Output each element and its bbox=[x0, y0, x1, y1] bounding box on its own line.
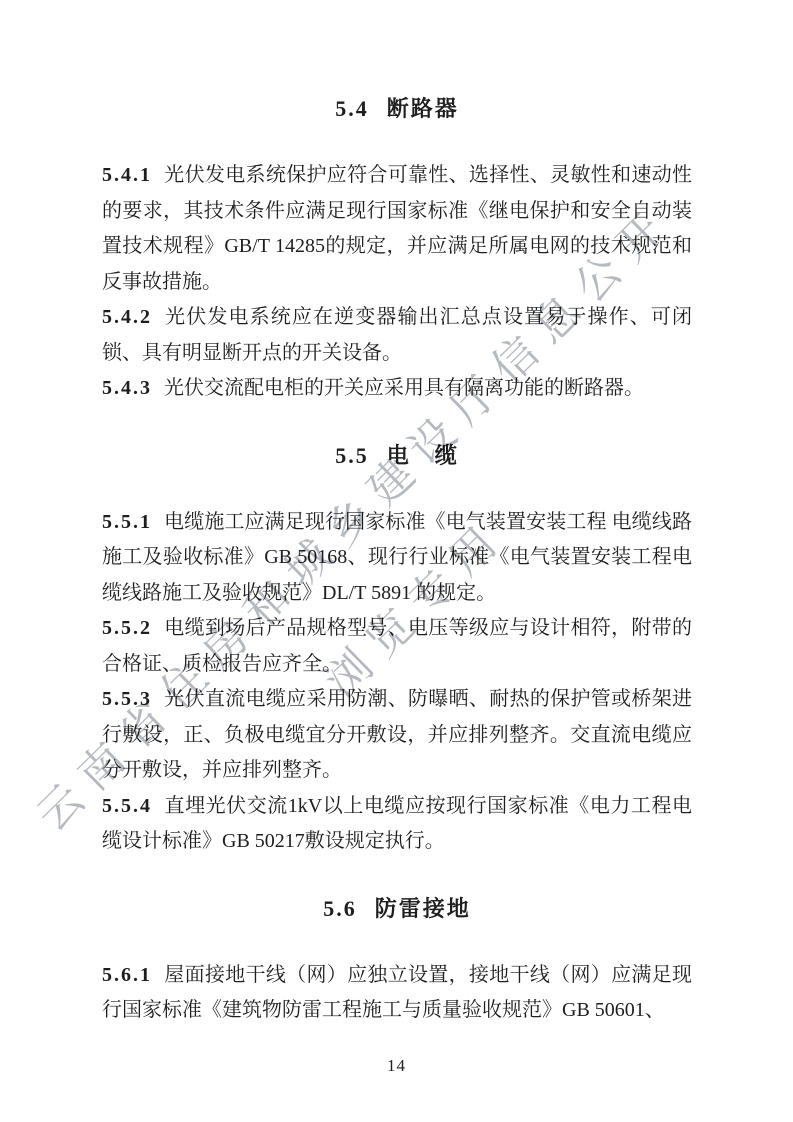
clause-5-4-2-number: 5.4.2 bbox=[102, 306, 152, 328]
clause-5-5-4-number: 5.5.4 bbox=[102, 795, 152, 817]
clause-5-4-2-text: 光伏发电系统应在逆变器输出汇总点设置易于操作、可闭锁、具有明显断开点的开关设备。 bbox=[102, 306, 692, 364]
clause-5-4-1-text: 光伏发电系统保护应符合可靠性、选择性、灵敏性和速动性的要求，其技术条件应满足现行… bbox=[102, 164, 692, 293]
clause-5-5-2-text: 电缆到场后产品规格型号、电压等级应与设计相符，附带的合格证、质检报告应齐全。 bbox=[102, 617, 692, 675]
document-page: 云南省住房和城乡建设厅信息公开 浏览专用 5.4断路器 5.4.1光伏发电系统保… bbox=[0, 0, 793, 1122]
page-number: 14 bbox=[0, 1056, 793, 1076]
clause-5-6-1-number: 5.6.1 bbox=[102, 964, 152, 986]
clause-5-5-2-number: 5.5.2 bbox=[102, 617, 152, 639]
clause-5-5-3: 5.5.3光伏直流电缆应采用防潮、防曝晒、耐热的保护管或桥架进行敷设，正、负极电… bbox=[102, 682, 692, 789]
clause-5-6-1: 5.6.1屋面接地干线（网）应独立设置，接地干线（网）应满足现行国家标准《建筑物… bbox=[102, 958, 692, 1029]
clause-5-5-3-number: 5.5.3 bbox=[102, 688, 152, 710]
clause-5-5-4-text: 直埋光伏交流1kV以上电缆应按现行国家标准《电力工程电缆设计标准》GB 5021… bbox=[102, 795, 692, 853]
section-heading-5-5: 5.5电 缆 bbox=[102, 443, 692, 469]
page-content: 5.4断路器 5.4.1光伏发电系统保护应符合可靠性、选择性、灵敏性和速动性的要… bbox=[0, 0, 793, 1029]
section-heading-5-4: 5.4断路器 bbox=[102, 96, 692, 122]
clause-5-5-3-text: 光伏直流电缆应采用防潮、防曝晒、耐热的保护管或桥架进行敷设，正、负极电缆宜分开敷… bbox=[102, 688, 692, 781]
clause-5-5-4: 5.5.4直埋光伏交流1kV以上电缆应按现行国家标准《电力工程电缆设计标准》GB… bbox=[102, 789, 692, 860]
section-5-5-title: 电 缆 bbox=[387, 443, 459, 468]
clause-5-5-1: 5.5.1电缆施工应满足现行国家标准《电气装置安装工程 电缆线路施工及验收标准》… bbox=[102, 505, 692, 612]
section-5-6-title: 防雷接地 bbox=[375, 896, 471, 921]
clause-5-6-1-text: 屋面接地干线（网）应独立设置，接地干线（网）应满足现行国家标准《建筑物防雷工程施… bbox=[102, 964, 692, 1022]
clause-5-4-1-number: 5.4.1 bbox=[102, 164, 152, 186]
clause-5-4-3-text: 光伏交流配电柜的开关应采用具有隔离功能的断路器。 bbox=[164, 377, 644, 399]
clause-5-5-1-number: 5.5.1 bbox=[102, 511, 152, 533]
section-5-6-number: 5.6 bbox=[323, 896, 357, 921]
clause-5-4-1: 5.4.1光伏发电系统保护应符合可靠性、选择性、灵敏性和速动性的要求，其技术条件… bbox=[102, 158, 692, 300]
clause-5-5-2: 5.5.2电缆到场后产品规格型号、电压等级应与设计相符，附带的合格证、质检报告应… bbox=[102, 611, 692, 682]
clause-5-4-3-number: 5.4.3 bbox=[102, 377, 152, 399]
section-5-5-number: 5.5 bbox=[335, 443, 369, 468]
section-5-4-number: 5.4 bbox=[335, 96, 369, 121]
clause-5-4-2: 5.4.2光伏发电系统应在逆变器输出汇总点设置易于操作、可闭锁、具有明显断开点的… bbox=[102, 300, 692, 371]
clause-5-5-1-text: 电缆施工应满足现行国家标准《电气装置安装工程 电缆线路施工及验收标准》GB 50… bbox=[102, 511, 692, 604]
section-heading-5-6: 5.6防雷接地 bbox=[102, 896, 692, 922]
section-5-4-title: 断路器 bbox=[387, 96, 459, 121]
clause-5-4-3: 5.4.3光伏交流配电柜的开关应采用具有隔离功能的断路器。 bbox=[102, 371, 692, 407]
